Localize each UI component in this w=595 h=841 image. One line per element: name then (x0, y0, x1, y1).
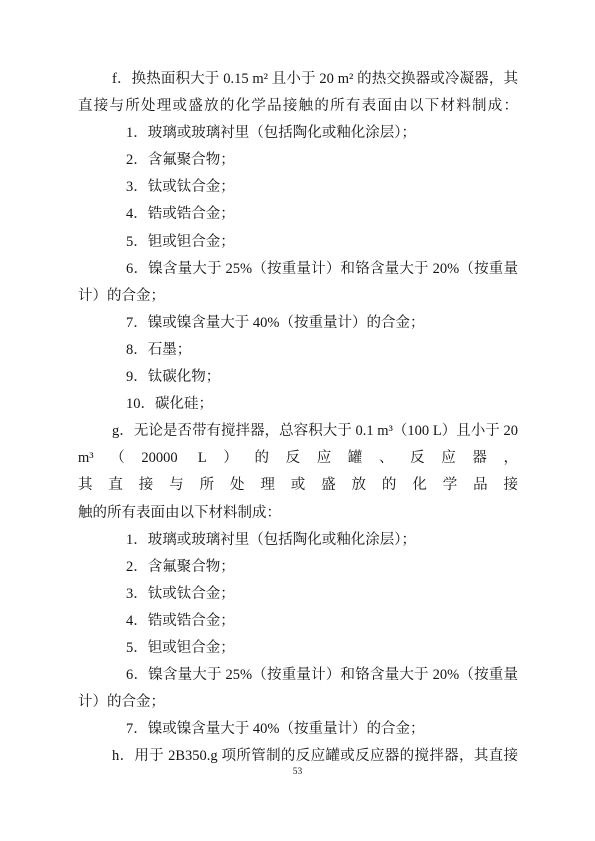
g-material-item-4: 4．锆或锆合金； (78, 608, 518, 635)
g-material-item-6-line-1: 6．镍含量大于 25%（按重量计）和铬含量大于 20%（按重量 (78, 662, 518, 689)
f-material-item-8: 8．石墨； (78, 337, 518, 364)
f-material-item-9: 9．钛碳化物； (78, 364, 518, 391)
f-material-item-2: 2．含氟聚合物； (78, 147, 518, 174)
g-material-item-7: 7．镍或镍含量大于 40%（按重量计）的合金； (78, 716, 518, 743)
g-material-item-1: 1．玻璃或玻璃衬里（包括陶化或釉化涂层）； (78, 527, 518, 554)
para-f-line-1: f．换热面积大于 0.15 m² 且小于 20 m² 的热交换器或冷凝器，其 (78, 66, 518, 93)
f-material-item-5: 5．钽或钽合金； (78, 229, 518, 256)
f-material-item-7: 7．镍或镍含量大于 40%（按重量计）的合金； (78, 310, 518, 337)
f-material-item-3: 3．钛或钛合金； (78, 174, 518, 201)
text-block: f．换热面积大于 0.15 m² 且小于 20 m² 的热交换器或冷凝器，其 直… (78, 66, 518, 770)
g-material-item-3: 3．钛或钛合金； (78, 581, 518, 608)
para-g-line-3: 触的所有表面由以下材料制成： (78, 500, 518, 527)
document-page: f．换热面积大于 0.15 m² 且小于 20 m² 的热交换器或冷凝器，其 直… (0, 0, 595, 841)
para-g-line-2: m³（20000 L）的反应罐、反应器，其直接与所处理或盛放的化学品接 (78, 445, 518, 499)
f-material-item-4: 4．锆或锆合金； (78, 201, 518, 228)
g-material-item-5: 5．钽或钽合金； (78, 635, 518, 662)
para-f-line-2: 直接与所处理或盛放的化学品接触的所有表面由以下材料制成： (78, 93, 518, 120)
g-material-item-6-line-2: 计）的合金； (78, 689, 518, 716)
f-material-item-6-line-2: 计）的合金； (78, 283, 518, 310)
para-g-line-1: g．无论是否带有搅拌器，总容积大于 0.1 m³（100 L）且小于 20 (78, 418, 518, 445)
f-material-item-10: 10．碳化硅； (78, 391, 518, 418)
f-material-item-1: 1．玻璃或玻璃衬里（包括陶化或釉化涂层）； (78, 120, 518, 147)
f-material-item-6-line-1: 6．镍含量大于 25%（按重量计）和铬含量大于 20%（按重量 (78, 256, 518, 283)
page-number: 53 (0, 766, 595, 778)
g-material-item-2: 2．含氟聚合物； (78, 554, 518, 581)
